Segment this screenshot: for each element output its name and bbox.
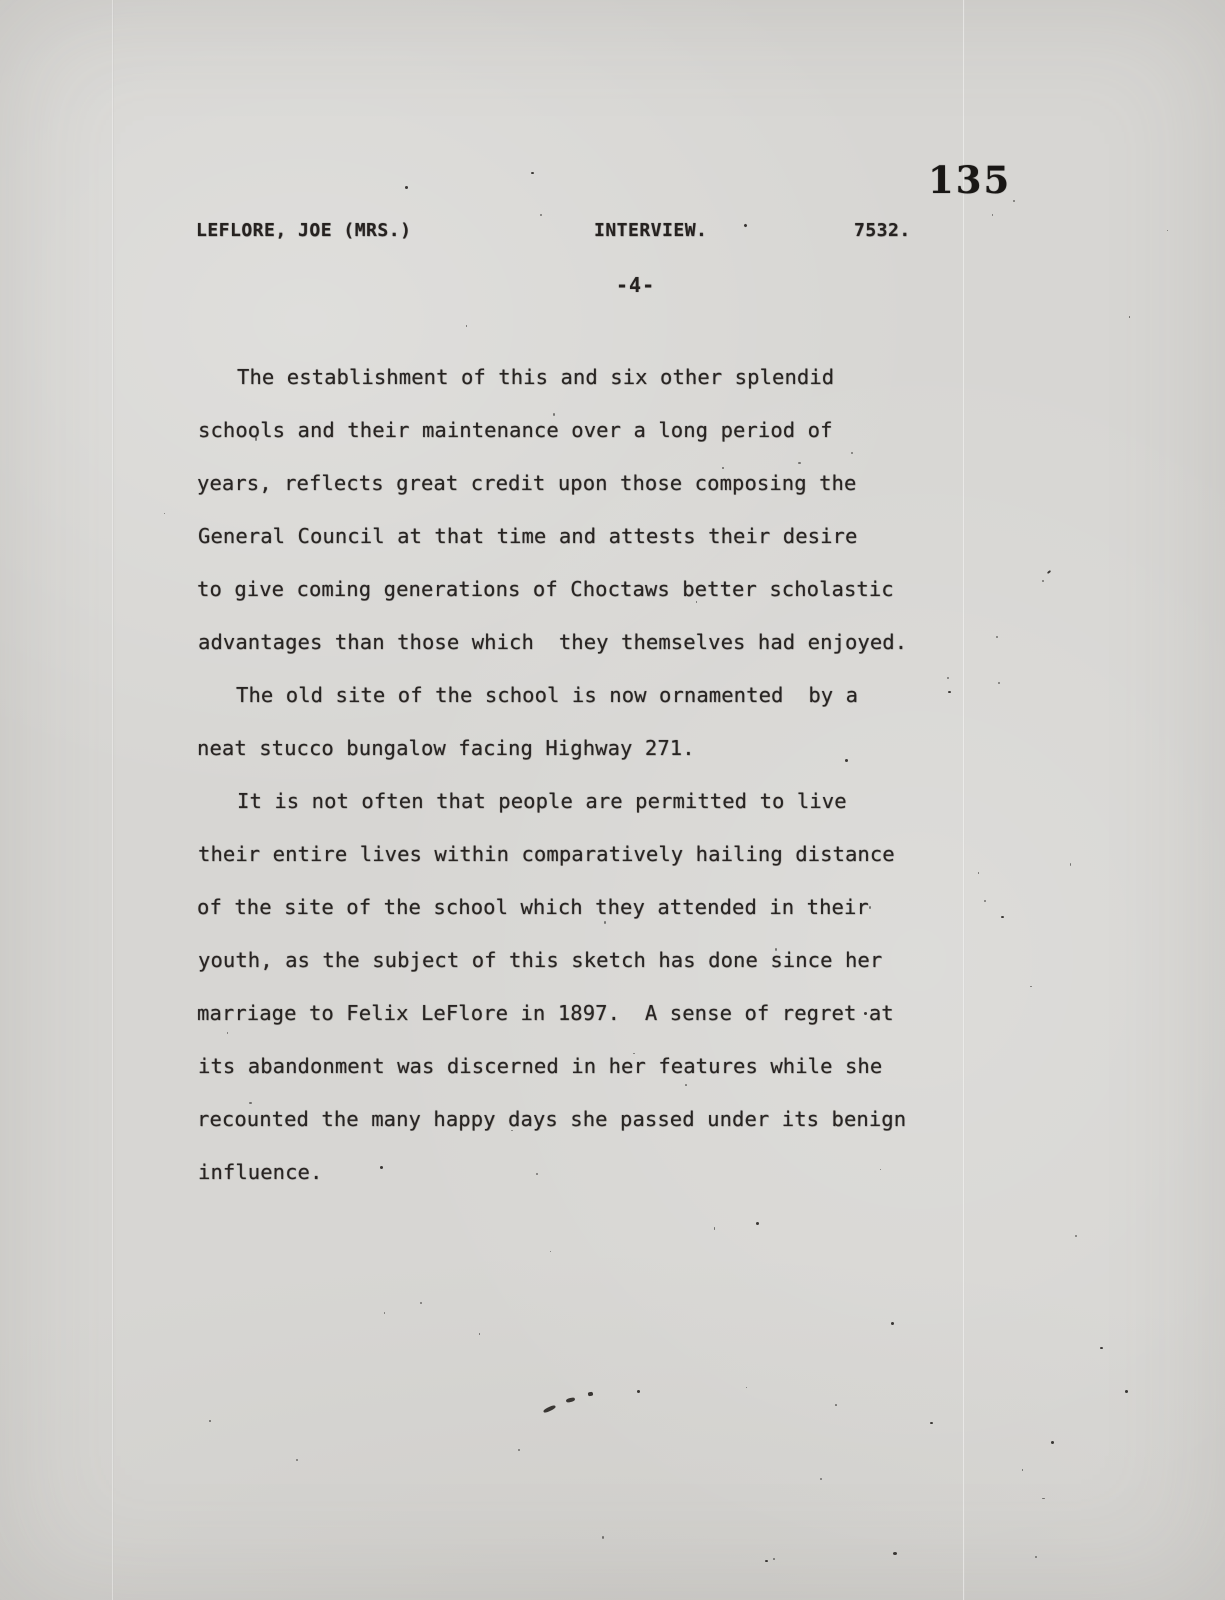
text-line: General Council at that time and attests… xyxy=(198,521,958,574)
ink-speck xyxy=(566,1397,576,1403)
ink-speck xyxy=(255,437,257,441)
ink-speck xyxy=(1001,916,1004,918)
header-document-type: INTERVIEW. xyxy=(594,220,707,241)
ink-speck xyxy=(1042,1498,1044,1500)
paragraph: The old site of the school is now orname… xyxy=(197,680,957,786)
ink-speck xyxy=(1075,1235,1077,1237)
ink-speck xyxy=(384,1312,385,1314)
ink-speck xyxy=(164,513,165,514)
text-line: recounted the many happy days she passed… xyxy=(197,1104,957,1157)
ink-speck xyxy=(296,1459,298,1461)
ink-speck xyxy=(1035,1556,1037,1558)
ink-speck xyxy=(518,1449,520,1451)
ink-speck xyxy=(820,1478,822,1480)
ink-speck xyxy=(227,1032,229,1034)
ink-speck xyxy=(1030,986,1032,987)
ink-speck xyxy=(1129,316,1130,317)
ink-speck xyxy=(746,1387,747,1389)
paragraph: It is not often that people are permitte… xyxy=(197,786,957,1210)
document-header: LEFLORE, JOE (MRS.) INTERVIEW. 7532. xyxy=(0,220,1225,246)
ink-speck xyxy=(536,1173,538,1175)
ink-speck xyxy=(893,1552,897,1555)
ink-speck xyxy=(998,682,1000,684)
ink-speck xyxy=(891,1322,894,1325)
ink-speck xyxy=(543,1404,556,1413)
text-line: schools and their maintenance over a lon… xyxy=(198,415,958,468)
ink-speck xyxy=(835,1404,837,1406)
ink-speck xyxy=(1013,200,1015,202)
ink-speck xyxy=(948,691,951,693)
ink-speck xyxy=(1051,1441,1054,1444)
text-line: The establishment of this and six other … xyxy=(197,362,957,415)
ink-speck xyxy=(550,1251,551,1253)
header-interviewee-name: LEFLORE, JOE (MRS.) xyxy=(196,220,411,241)
ink-speck xyxy=(405,186,408,189)
body-text: The establishment of this and six other … xyxy=(197,362,957,1210)
ink-speck xyxy=(553,413,555,416)
ink-speck xyxy=(637,1390,640,1393)
text-line: to give coming generations of Choctaws b… xyxy=(197,574,957,627)
header-document-number: 7532. xyxy=(854,220,911,241)
page-marker: -4- xyxy=(616,273,655,297)
text-line: years, reflects great credit upon those … xyxy=(197,468,957,521)
ink-speck xyxy=(773,1558,775,1560)
text-line: The old site of the school is now orname… xyxy=(196,680,956,733)
ink-speck xyxy=(845,759,848,762)
ink-speck xyxy=(602,1536,604,1538)
text-line: of the site of the school which they att… xyxy=(197,892,957,945)
ink-speck xyxy=(756,1222,759,1225)
ink-speck xyxy=(947,677,949,679)
ink-speck xyxy=(466,325,468,327)
ink-speck xyxy=(775,948,777,951)
text-line: its abandonment was discerned in her fea… xyxy=(198,1051,958,1104)
ink-speck xyxy=(1070,863,1071,865)
ink-speck xyxy=(588,1392,594,1397)
ink-speck xyxy=(984,900,986,902)
text-line: neat stucco bungalow facing Highway 271. xyxy=(197,733,957,786)
ink-speck xyxy=(209,1420,211,1421)
text-line: It is not often that people are permitte… xyxy=(197,786,957,839)
ink-speck xyxy=(1042,580,1044,582)
ink-speck xyxy=(380,1166,383,1169)
ink-speck xyxy=(420,1302,422,1304)
ink-speck xyxy=(540,214,542,216)
ink-speck xyxy=(714,1227,716,1229)
ink-speck xyxy=(1100,1347,1103,1349)
ink-speck xyxy=(1047,570,1051,574)
ink-speck xyxy=(930,1422,933,1424)
text-line: youth, as the subject of this sketch has… xyxy=(198,945,958,998)
ink-speck xyxy=(992,214,993,216)
ink-speck xyxy=(869,906,871,909)
ink-speck xyxy=(765,1560,768,1562)
document-page: 135 LEFLORE, JOE (MRS.) INTERVIEW. 7532.… xyxy=(0,0,1225,1600)
ink-speck xyxy=(851,452,853,454)
ink-speck xyxy=(864,1012,867,1015)
ink-speck xyxy=(1125,1390,1128,1393)
ink-speck xyxy=(531,172,534,174)
ink-speck xyxy=(1022,1469,1024,1471)
ink-speck xyxy=(604,921,606,924)
text-line: influence. xyxy=(198,1157,958,1210)
text-line: advantages than those which they themsel… xyxy=(198,627,958,680)
paragraph: The establishment of this and six other … xyxy=(197,362,957,680)
text-line: their entire lives within comparatively … xyxy=(198,839,958,892)
ink-speck xyxy=(696,601,698,603)
ink-speck xyxy=(978,872,980,874)
text-line: marriage to Felix LeFlore in 1897. A sen… xyxy=(197,998,957,1051)
page-number: 135 xyxy=(928,158,1011,202)
ink-speck xyxy=(996,636,998,638)
ink-speck xyxy=(479,1333,480,1335)
